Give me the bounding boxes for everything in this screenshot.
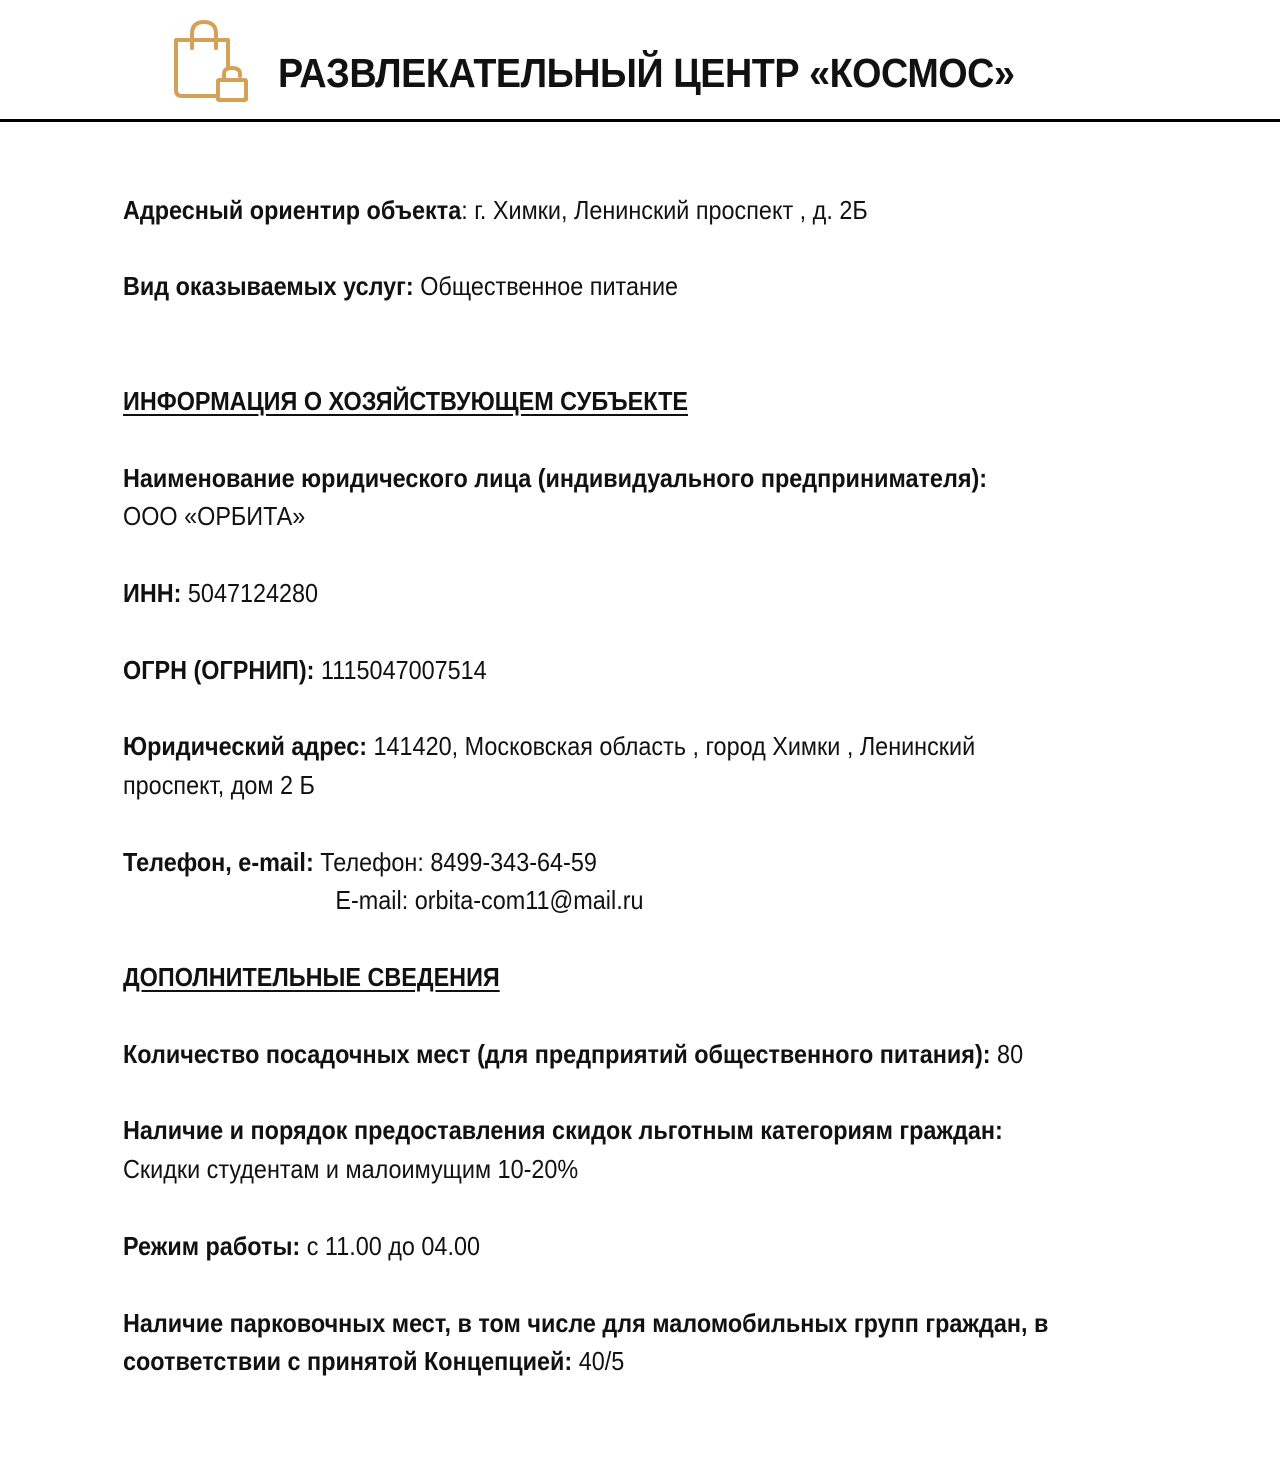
entity-name-value: ООО «ОРБИТА» xyxy=(123,497,305,535)
discounts: Наличие и порядок предоставления скидок … xyxy=(123,1111,1101,1149)
extra-section-heading: ДОПОЛНИТЕЛЬНЫЕ СВЕДЕНИЯ xyxy=(123,958,542,996)
parking-value: 40/5 xyxy=(572,1346,624,1376)
services-label: Вид оказываемых услуг: xyxy=(123,271,414,301)
legal-address-cont: проспект, дом 2 Б xyxy=(123,766,336,804)
ogrn-value: 1115047007514 xyxy=(314,655,486,685)
discounts-value-row: Скидки студентам и малоимущим 10-20% xyxy=(123,1150,629,1188)
parking: Наличие парковочных мест, в том числе дл… xyxy=(123,1304,1151,1342)
object-address-value: : г. Химки, Ленинский проспект , д. 2Б xyxy=(461,195,867,225)
email-value[interactable]: E-mail: orbita-com11@mail.ru xyxy=(123,881,644,919)
email-row: E-mail: orbita-com11@mail.ru xyxy=(123,881,701,919)
page-title: РАЗВЛЕКАТЕЛЬНЫЙ ЦЕНТР «КОСМОС» xyxy=(278,50,1014,97)
entity-section-heading: ИНФОРМАЦИЯ О ХОЗЯЙСТВУЮЩЕМ СУБЪЕКТЕ xyxy=(123,382,751,420)
services-type: Вид оказываемых услуг: Общественное пита… xyxy=(123,267,740,305)
seats-label: Количество посадочных мест (для предприя… xyxy=(123,1039,991,1069)
contacts-label: Телефон, e-mail: xyxy=(123,847,314,877)
seats-value: 80 xyxy=(991,1039,1024,1069)
working-hours: Режим работы: с 11.00 до 04.00 xyxy=(123,1227,520,1265)
discounts-value: Скидки студентам и малоимущим 10-20% xyxy=(123,1150,578,1188)
ogrn-label: ОГРН (ОГРНИП): xyxy=(123,655,314,685)
parking-label-line1: Наличие парковочных мест, в том числе дл… xyxy=(123,1308,1048,1338)
services-value: Общественное питание xyxy=(414,271,678,301)
parking-label-line2: соответствии с принятой Концепцией: xyxy=(123,1346,572,1376)
contacts: Телефон, e-mail: Телефон: 8499-343-64-59 xyxy=(123,843,650,881)
legal-address: Юридический адрес: 141420, Московская об… xyxy=(123,727,1070,765)
inn-value: 5047124280 xyxy=(181,578,318,608)
seats: Количество посадочных мест (для предприя… xyxy=(123,1035,1123,1073)
discounts-label: Наличие и порядок предоставления скидок … xyxy=(123,1115,1003,1145)
hours-value: с 11.00 до 04.00 xyxy=(300,1231,480,1261)
page-header: РАЗВЛЕКАТЕЛЬНЫЙ ЦЕНТР «КОСМОС» xyxy=(0,0,1280,121)
inn: ИНН: 5047124280 xyxy=(123,574,340,612)
legal-address-label: Юридический адрес: xyxy=(123,731,367,761)
object-address-label: Адресный ориентир объекта xyxy=(123,195,461,225)
header-divider xyxy=(0,119,1280,122)
entity-name-value-row: ООО «ОРБИТА» xyxy=(123,497,326,535)
legal-address-value-line1: 141420, Московская область , город Химки… xyxy=(367,731,975,761)
shopping-bag-lock-icon xyxy=(170,18,250,104)
inn-label: ИНН: xyxy=(123,578,181,608)
hours-label: Режим работы: xyxy=(123,1231,300,1261)
entity-name: Наименование юридического лица (индивиду… xyxy=(123,459,1083,497)
entity-name-label: Наименование юридического лица (индивиду… xyxy=(123,463,987,493)
parking-cont: соответствии с принятой Концепцией: 40/5 xyxy=(123,1342,680,1380)
object-address: Адресный ориентир объекта: г. Химки, Лен… xyxy=(123,191,950,229)
ogrn: ОГРН (ОГРНИП): 1115047007514 xyxy=(123,651,527,689)
legal-address-value-line2: проспект, дом 2 Б xyxy=(123,766,315,804)
phone-value: Телефон: 8499-343-64-59 xyxy=(314,847,597,877)
